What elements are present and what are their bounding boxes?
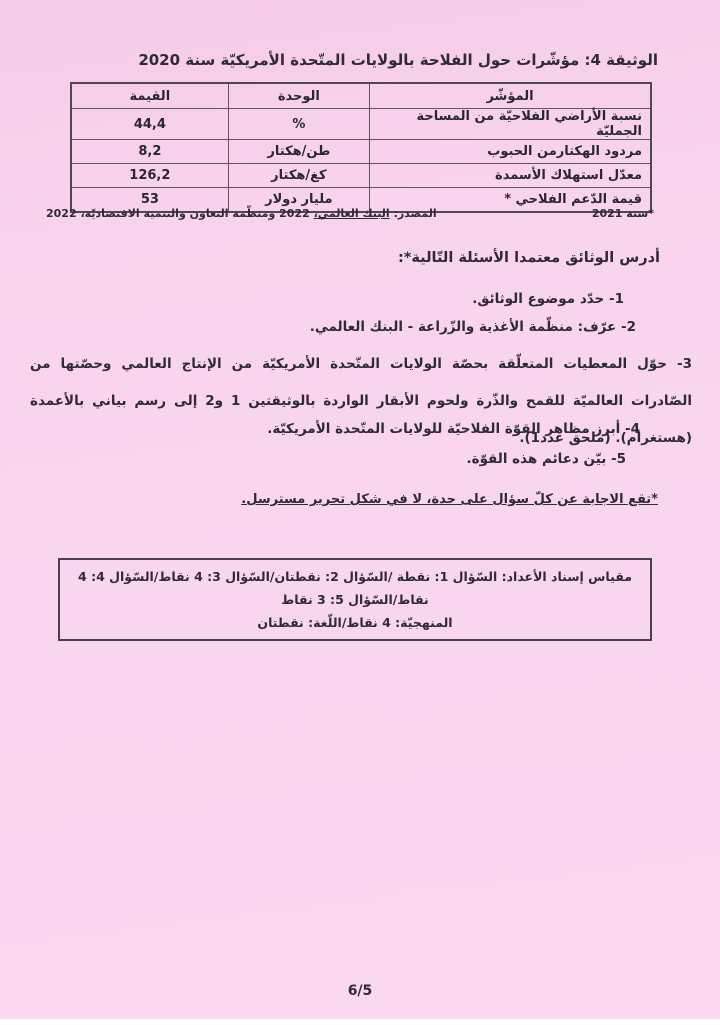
value-cell: 126,2 [71, 164, 228, 188]
value-cell: 44,4 [71, 109, 228, 140]
unit-cell: % [228, 109, 369, 140]
unit-cell: كغ/هكتار [228, 164, 369, 188]
value-cell: 8,2 [71, 140, 228, 164]
source-line: المصدر: البنك العالمي، 2022 ومنظّمة التع… [46, 207, 437, 220]
table-row: مردود الهكتارمن الحبوب طن/هكتار 8,2 [71, 140, 651, 164]
question-5: 5- بيّن دعائم هذه القوّة. [466, 451, 626, 467]
indicator-cell: مردود الهكتارمن الحبوب [370, 140, 652, 164]
source-underlined: البنك العالمي، [314, 207, 390, 220]
header-unit: الوحدة [228, 83, 369, 109]
scan-edge-strip [0, 1019, 720, 1025]
question-1: 1- حدّد موضوع الوثائق. [472, 291, 624, 307]
source-prefix: المصدر: [390, 207, 437, 220]
indicator-cell: نسبة الأراضي الفلاحيّة من المساحة الجملي… [370, 109, 652, 140]
unit-cell: طن/هكتار [228, 140, 369, 164]
grading-line-1: مقياس إسناد الأعداد: السّؤال 1: نقطة /ال… [66, 565, 644, 611]
source-suffix: 2022 ومنظّمة التعاون والتنمية الاقتصاديّ… [46, 207, 314, 220]
document-title: الوثيقة 4: مؤشّرات حول الفلاحة بالولايات… [138, 51, 658, 69]
year-footnote: *سنة 2021 [592, 207, 654, 220]
grading-line-2: المنهجيّة: 4 نقاط/اللّغة: نقطتان [66, 611, 644, 634]
question-3: 3- حوّل المعطيات المتعلّقة بحصّة الولايا… [30, 346, 692, 457]
header-value: القيمة [71, 83, 228, 109]
table-header-row: المؤشّر الوحدة القيمة [71, 83, 651, 109]
table-row: نسبة الأراضي الفلاحيّة من المساحة الجملي… [71, 109, 651, 140]
table-row: معدّل استهلاك الأسمدة كغ/هكتار 126,2 [71, 164, 651, 188]
question-2: 2- عرّف: منظّمة الأغذية والزّراعة - البن… [310, 319, 636, 335]
scanned-exam-page: الوثيقة 4: مؤشّرات حول الفلاحة بالولايات… [0, 0, 720, 1025]
grading-scale-box: مقياس إسناد الأعداد: السّؤال 1: نقطة /ال… [58, 558, 652, 641]
question-4: 4- أبرز مظاهر القوّة الفلاحيّة للولايات … [267, 421, 640, 437]
instructions-heading: أدرس الوثائق معتمدا الأسئلة التّالية*: [398, 250, 660, 266]
indicators-table: المؤشّر الوحدة القيمة نسبة الأراضي الفلا… [70, 82, 652, 213]
answer-format-note: *تقع الاجابة عن كلّ سؤال على حدة، لا في … [241, 492, 658, 507]
page-number: 6/5 [0, 983, 720, 999]
header-indicator: المؤشّر [370, 83, 652, 109]
indicator-cell: معدّل استهلاك الأسمدة [370, 164, 652, 188]
